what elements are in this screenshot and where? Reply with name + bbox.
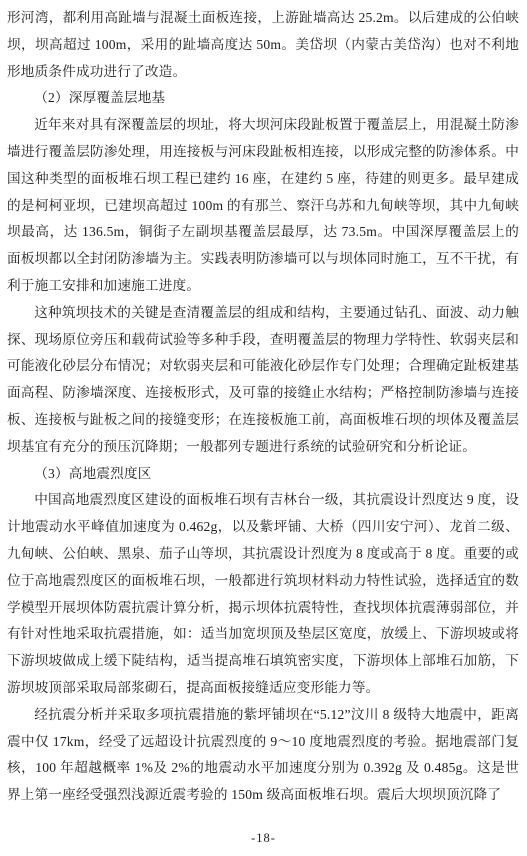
page-number: -18- (0, 831, 527, 846)
document-page: 形河湾，都利用高趾墙与混凝土面板连接，上游趾墙高达 25.2m。以后建成的公伯峡… (0, 0, 527, 856)
paragraph: 这种筑坝技术的关键是查清覆盖层的组成和结构，主要通过钻孔、面波、动力触探、现场原… (7, 300, 519, 461)
paragraph: 中国高地震烈度区建设的面板堆石坝有吉林台一级，其抗震设计烈度达 9 度，设计地震… (7, 487, 519, 701)
paragraph: 近年来对具有深覆盖层的坝址，将大坝河床段趾板置于覆盖层上，用混凝土防渗墙进行覆盖… (7, 112, 519, 300)
paragraph: 经抗震分析并采取多项抗震措施的紫坪铺坝在“5.12”汶川 8 级特大地震中，距离… (7, 702, 519, 809)
document-body: 形河湾，都利用高趾墙与混凝土面板连接，上游趾墙高达 25.2m。以后建成的公伯峡… (7, 5, 519, 809)
paragraph-continuation: 形河湾，都利用高趾墙与混凝土面板连接，上游趾墙高达 25.2m。以后建成的公伯峡… (7, 5, 519, 85)
section-heading-high-seismic-zone: （3）高地震烈度区 (7, 461, 519, 488)
section-heading-deep-overburden: （2）深厚覆盖层地基 (7, 85, 519, 112)
